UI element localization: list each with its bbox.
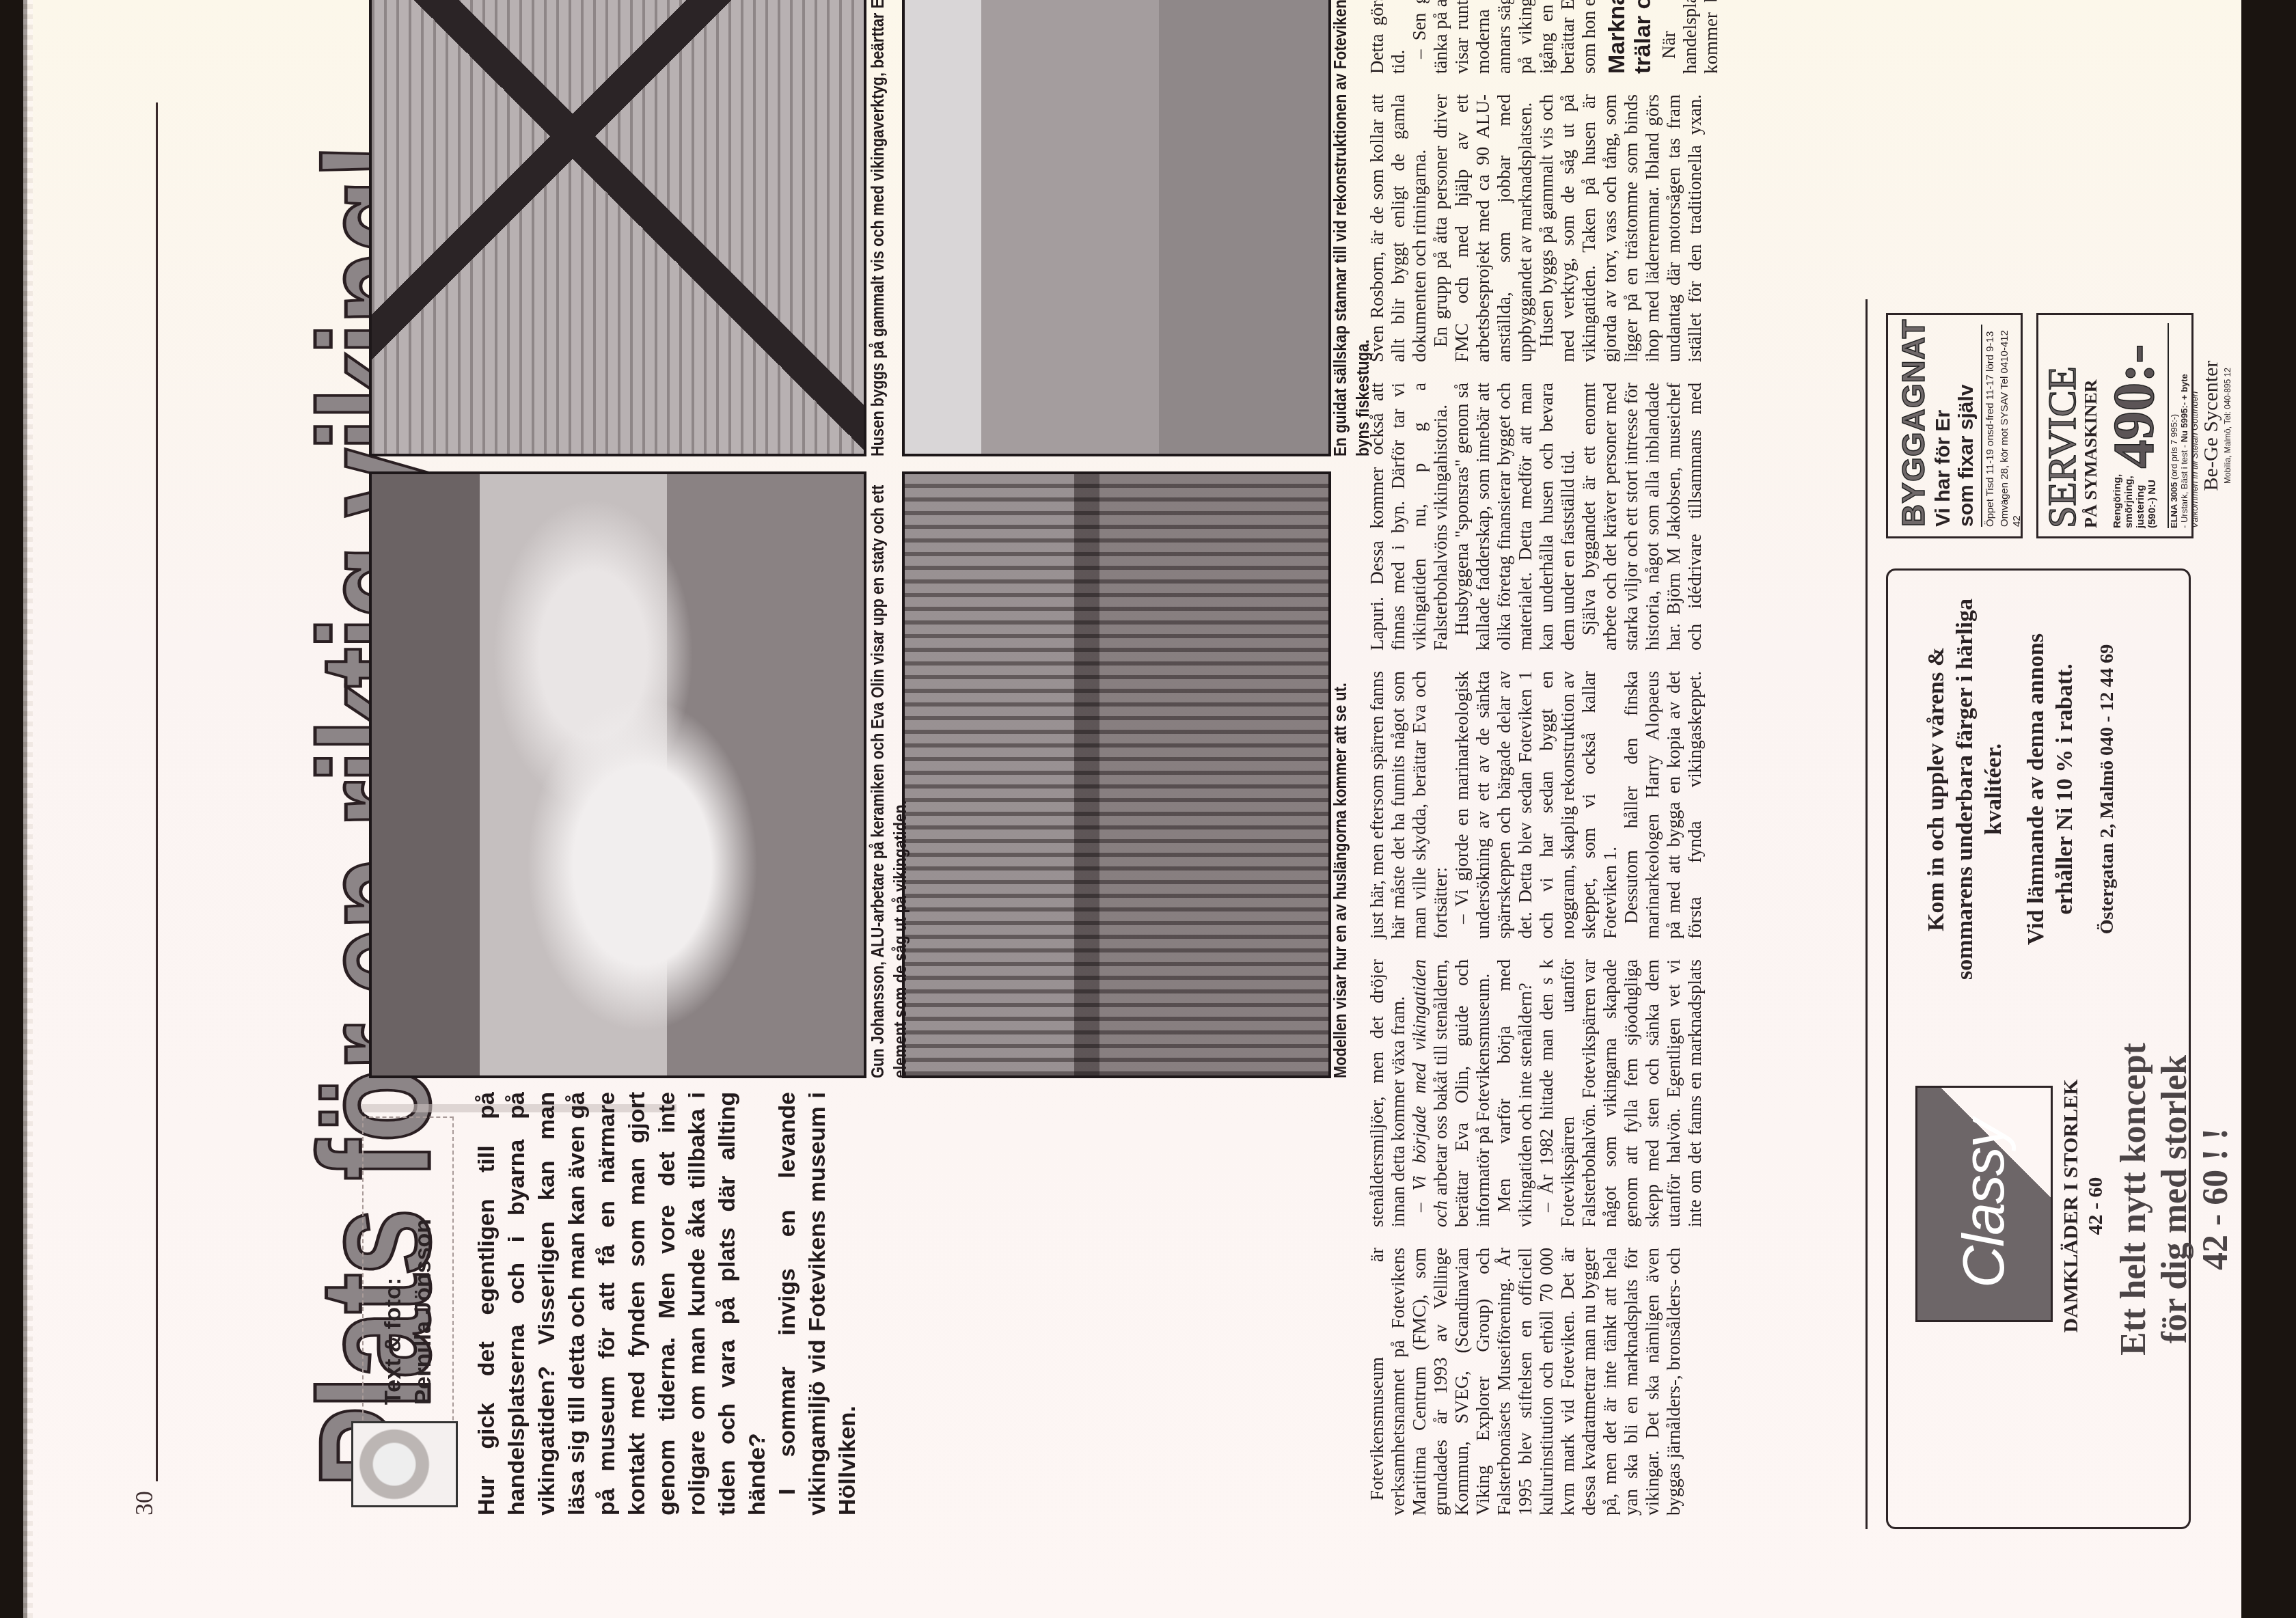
- body-paragraph: En grupp på åtta personer driver FMC och…: [1430, 94, 1536, 362]
- service-offer-row: Rengöring, smörjning, justering (590:-) …: [2101, 323, 2168, 528]
- byggagnat-tagline: som fixar själv: [1955, 325, 1978, 527]
- byline-text: Text & foto: Pernilla Jönsson: [378, 1219, 438, 1405]
- byline-label: Text & foto:: [378, 1219, 408, 1405]
- body-paragraph: Husbyggena "sponsras" genom så kallade f…: [1451, 383, 1578, 650]
- classy-body: Kom in och upplev vårens & sommarens und…: [1922, 598, 2135, 981]
- subheading: Marknadsplats med trälar och boskap: [1604, 0, 1656, 74]
- intro-paragraph: I sommar invigs en levande vikingamiljö …: [772, 1092, 862, 1516]
- photo-ceramics: [369, 471, 866, 1078]
- byggagnat-title: BYGGAGNAT: [1895, 325, 1932, 527]
- torn-edge: [23, 0, 33, 1618]
- author-portrait: [351, 1421, 458, 1507]
- classy-address: Östergatan 2, Malmö 040 - 12 44 69: [2093, 598, 2122, 981]
- ad-divider: [1865, 299, 1868, 1529]
- ad-classy: Classy DAMKLÄDER I STORLEK 42 - 60 Ett h…: [1886, 568, 2191, 1529]
- classy-logo: Classy: [1915, 1086, 2053, 1322]
- body-paragraph: – Sen gäller det att först kunna tänka p…: [1409, 0, 1600, 74]
- service-list: Rengöring, smörjning, justering (590:-) …: [2111, 474, 2158, 528]
- body-paragraph: Men varför börja med vikingatiden och in…: [1494, 959, 1536, 1227]
- byggagnat-address: Omvägen 28, kör mot SYSAV Tel 0410-412 4…: [1997, 325, 2023, 527]
- service-subtitle: PÅ SYMASKINER: [2081, 323, 2101, 528]
- byline-box: Text & foto: Pernilla Jönsson: [362, 1116, 454, 1502]
- byggagnat-tagline: Vi har för Er: [1932, 325, 1955, 527]
- intro-paragraph: Hur gick det egentligen till på handelsp…: [471, 1092, 772, 1516]
- photo-caption: Modellen visar hur en av huslängorna kom…: [1329, 481, 1352, 1078]
- article-intro: Hur gick det egentligen till på handelsp…: [471, 1092, 862, 1516]
- service-address: Mobilia, Malmö, Tel: 040-895 12: [2223, 323, 2232, 528]
- photo-house: [369, 0, 866, 456]
- service-brand: Be-Ge Sycenter: [2200, 323, 2223, 528]
- header-rule: [156, 102, 158, 1481]
- classy-offer: Vid lämnande av denna annons erhåller Ni…: [2022, 598, 2079, 981]
- body-paragraph: – Vi började med vikingatiden och arbeta…: [1409, 959, 1494, 1227]
- byline-author: Pernilla Jönsson: [408, 1219, 438, 1405]
- photo-caption: Gun Johansson, ALU-arbetare på keramiken…: [866, 481, 912, 1078]
- byggagnat-hours: Öppet Tisd 11-19 onsd-fred 11-17 lörd 9-…: [1981, 325, 1997, 527]
- classy-headline: Ett helt nytt koncept för dig med storle…: [2114, 974, 2237, 1425]
- page-number: 30: [130, 1491, 159, 1516]
- article-body: Fotevikensmuseum är verksamhetsnamnet på…: [1367, 94, 1722, 1516]
- classy-subtitle: DAMKLÄDER I STORLEK 42 - 60: [2059, 1028, 2108, 1384]
- service-product: ELNA 3005 (ord pris 7 995:-) - Urstark, …: [2168, 323, 2200, 528]
- service-title: SERVICE: [2044, 323, 2081, 528]
- ad-byggagnat: BYGGAGNAT Vi har för Er som fixar själv …: [1886, 313, 2023, 538]
- photo-caption: Husen byggs på gammalt vis och med vikin…: [866, 0, 889, 456]
- newspaper-page: 30 Plats för en riktig viking! Text & fo…: [27, 0, 2241, 1618]
- classy-body-text: Kom in och upplev vårens & sommarens und…: [1922, 598, 2008, 981]
- body-paragraph: – Vi gjorde en marinarkeologisk undersök…: [1451, 671, 1621, 939]
- photo-ship: [902, 0, 1331, 456]
- service-price: 490:-: [2101, 344, 2168, 469]
- ad-service: SERVICE PÅ SYMASKINER Rengöring, smörjni…: [2036, 313, 2193, 538]
- photo-model: [902, 471, 1331, 1078]
